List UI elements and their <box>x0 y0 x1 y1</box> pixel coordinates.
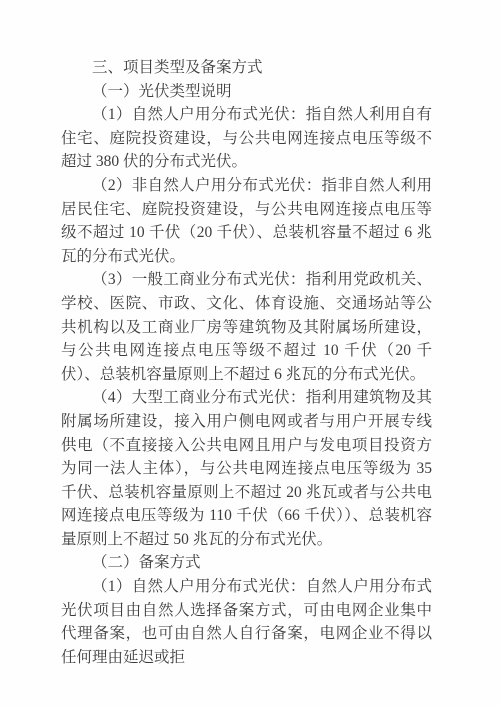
section-filing-method-subheading: （二）备案方式 <box>61 551 432 575</box>
paragraph-large-commercial-pv: （4）大型工商业分布式光伏：指利用建筑物及其附属场所建设，接入用户侧电网或者与用… <box>61 386 432 551</box>
section-pv-types-subheading: （一）光伏类型说明 <box>61 80 432 104</box>
paragraph-general-commercial-pv: （3）一般工商业分布式光伏：指利用党政机关、学校、医院、市政、文化、体育设施、交… <box>61 268 432 386</box>
document-heading: 三、项目类型及备案方式 <box>61 56 432 80</box>
paragraph-natural-person-pv: （1）自然人户用分布式光伏：指自然人利用自有住宅、庭院投资建设，与公共电网连接点… <box>61 103 432 174</box>
paragraph-filing-natural-person: （1）自然人户用分布式光伏：自然人户用分布式光伏项目由自然人选择备案方式，可由电… <box>61 575 432 669</box>
document-content: 三、项目类型及备案方式 （一）光伏类型说明 （1）自然人户用分布式光伏：指自然人… <box>61 56 432 669</box>
paragraph-non-natural-person-pv: （2）非自然人户用分布式光伏：指非自然人利用居民住宅、庭院投资建设，与公共电网连… <box>61 174 432 268</box>
document-page: 三、项目类型及备案方式 （一）光伏类型说明 （1）自然人户用分布式光伏：指自然人… <box>0 0 500 707</box>
